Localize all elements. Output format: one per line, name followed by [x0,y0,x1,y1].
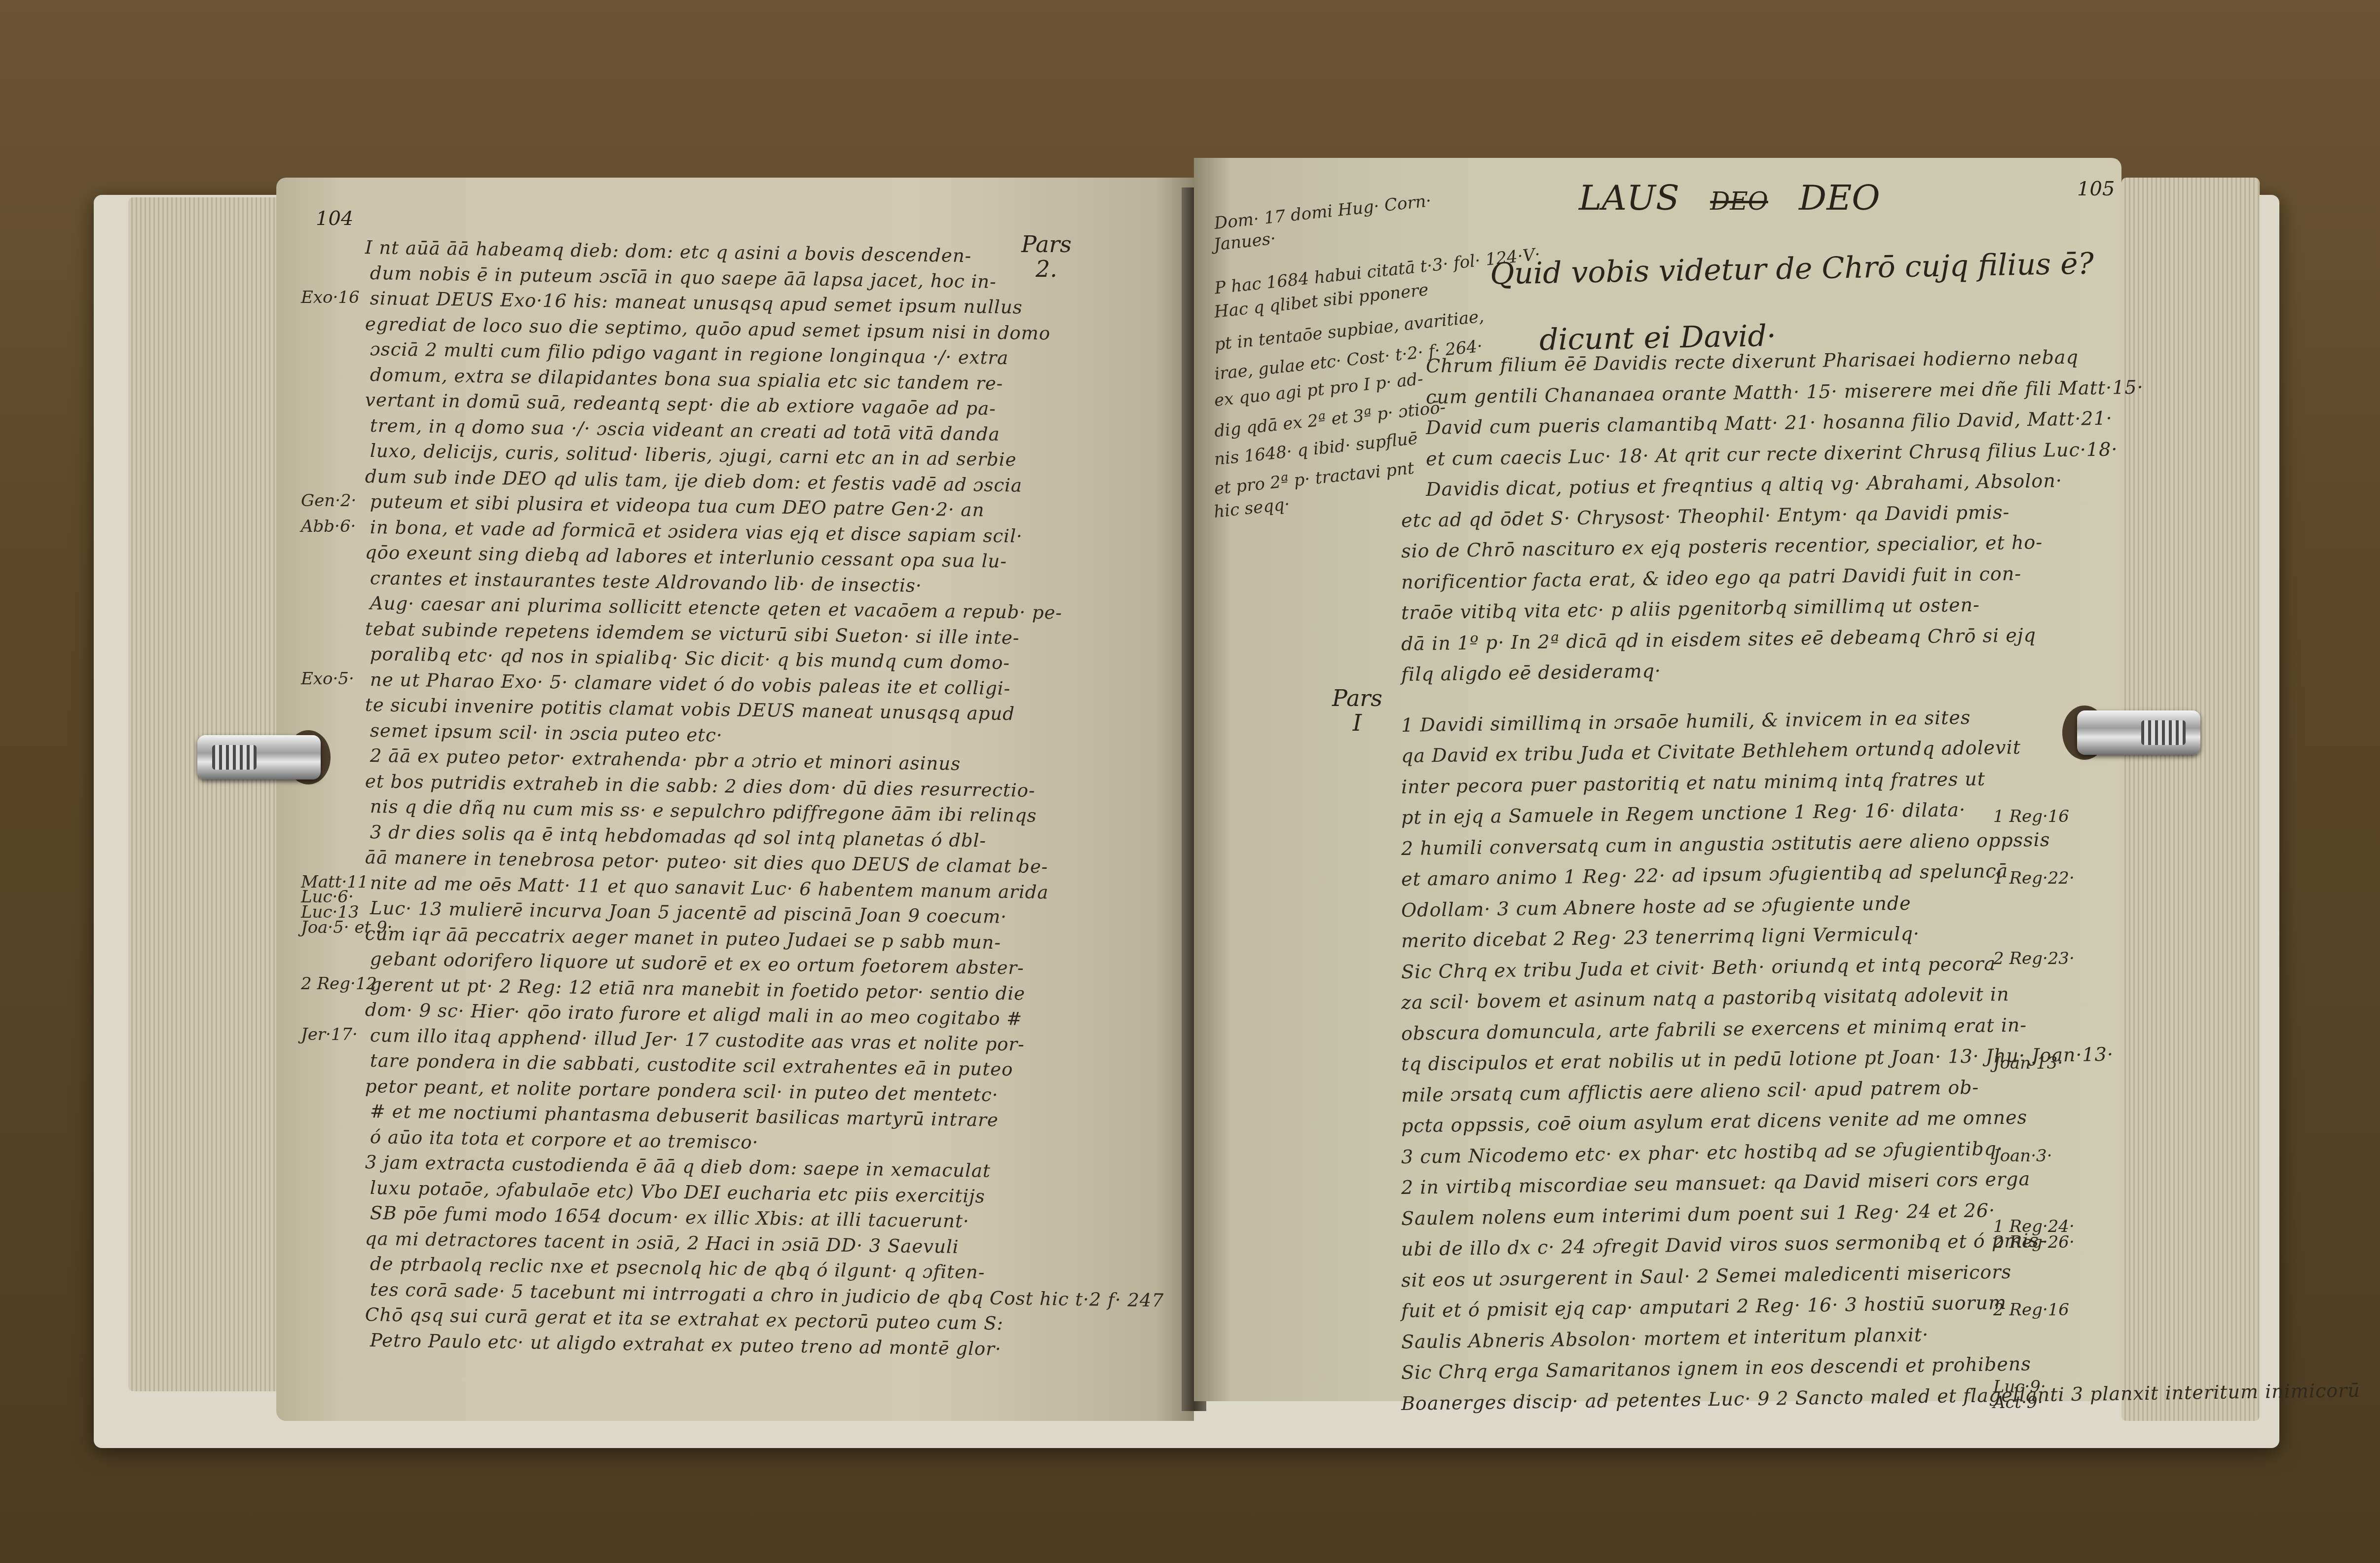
manuscript-line: trem, in q domo sua ·/· ɔscia videant an… [370,415,1000,445]
margin-reference: 2 Reg·16 [1993,1300,2069,1320]
clip-ridges [212,745,257,770]
margin-reference: Joan·13· [1993,1053,2063,1073]
manuscript-line: crantes et instaurantes teste Aldrovando… [370,567,922,596]
manuscript-line: ó aūo ita tota et corpore et ao tremisco… [370,1126,759,1153]
sermon-title-line-1: Quid vobis videtur de Chrō cujq filius ē… [1489,246,2094,291]
manuscript-line: cum iqr āā peccatrix aeger manet in pute… [365,923,1001,953]
manuscript-line: Chrum filium ēē Davidis recte dixerunt P… [1426,346,2079,377]
manuscript-line: āā manere in tenebrosa petor· puteo· sit… [365,847,1048,877]
manuscript-line: Aug· caesar ani plurima sollicitt etenct… [370,593,1063,624]
manuscript-line: dum sub inde DEO qd ulis tam, ije dieb d… [365,466,1023,496]
manuscript-line: domum, extra se dilapidantes bona sua sp… [370,364,1004,394]
left-book-clip[interactable] [178,725,340,789]
manuscript-line: in bona, et vade ad formicā et ɔsidera v… [370,517,1023,547]
manuscript-line: de ptrbaolq reclic nxe et psecnolq hic d… [370,1253,985,1283]
pars-number: I [1332,710,1382,735]
margin-reference: Joan·3· [1993,1146,2052,1166]
manuscript-line: poralibq etc· qd nos in spialibq· Sic di… [370,643,1010,673]
laus-deo-heading: LAUS DEO DEO [1579,178,1880,218]
manuscript-line: 3 cum Nicodemo etc· ex phar· etc hostibq… [1401,1137,2004,1167]
margin-reference: 2 Reg·26· [1993,1232,2075,1252]
manuscript-line: Saulem nolens eum interimi dum poent sui… [1401,1199,1996,1229]
manuscript-line: Odollam· 3 cum Abnere hoste ad se ɔfugie… [1401,892,1911,921]
left-page: 104 Pars 2. I nt aūā āā habeamq dieb: do… [276,178,1194,1421]
manuscript-line: cum illo itaq apphend· illud Jer· 17 cus… [370,1025,1025,1055]
manuscript-line: merito dicebat 2 Reg· 23 tenerrimq ligni… [1401,923,1920,952]
manuscript-line: sinuat DEUS Exo·16 his: maneat unusqsq a… [370,288,1023,318]
manuscript-line: te sicubi invenire potitis clamat vobis … [365,694,1015,724]
manuscript-line: pcta oppssis, coē oium asylum erat dicen… [1401,1106,2028,1137]
manuscript-line: egrediat de loco suo die septimo, quōo a… [365,313,1051,344]
manuscript-line: Saulis Abneris Absolon· mortem et interi… [1401,1324,1929,1353]
manuscript-line: semet ipsum scil· in ɔscia puteo etc· [370,720,723,746]
manuscript-line: I nt aūā āā habeamq dieb: dom: etc q asi… [365,237,972,266]
pars-number: 2. [1021,257,1072,281]
heading-struck-word: DEO [1710,187,1768,216]
manuscript-line: Chō qsq sui curā gerat et ita se extraha… [365,1304,1004,1334]
manuscript-line: za scil· bovem et asinum natq a pastorib… [1401,983,2009,1013]
right-page-number: 105 [2077,178,2115,200]
manuscript-line: fuit et ó pmisit ejq cap· amputari 2 Reg… [1401,1292,2007,1322]
manuscript-line: qōo exeunt sing diebq ad labores et inte… [365,542,1007,572]
heading-deo: DEO [1799,178,1880,218]
side-note-line: hic seqq· [1213,494,1291,522]
margin-reference: Act·9· [1993,1393,2043,1413]
manuscript-line: 2 humili conversatq cum in angustia ɔsti… [1401,828,2050,859]
manuscript-line: SB pōe fumi modo 1654 docum· ex illic Xb… [370,1202,969,1232]
manuscript-line: 1 Davidi simillimq in ɔrsaōe humili, & i… [1401,706,1971,736]
margin-reference: 2 Reg·23· [1993,949,2075,968]
manuscript-line: sit eos ut ɔsurgerent in Saul· 2 Semei m… [1401,1261,2012,1291]
clip-ridges [2141,720,2186,745]
manuscript-line: # et me noctiumi phantasma debuserit bas… [370,1101,999,1131]
left-pars-marker: Pars 2. [1021,232,1072,281]
manuscript-line: dum nobis ē in puteum ɔscīā in quo saepe… [370,262,997,293]
side-note-line: Dom· 17 domi Hug· Corn· [1213,191,1432,233]
manuscript-line: et bos putridis extraheb in die sabb: 2 … [365,771,1036,801]
manuscript-line: puteum et sibi plusira et videopa tua cu… [370,491,985,521]
manuscript-line: petor peant, et nolite portare pondera s… [365,1076,999,1106]
manuscript-line: tare pondera in die sabbati, custodite s… [370,1050,1013,1080]
manuscript-line: 3 dr dies solis qa ē intq hebdomadas qd … [370,821,987,851]
heading-laus: LAUS [1579,178,1679,218]
manuscript-line: 2 āā ex puteo petor· extrahenda· pbr a ɔ… [370,745,961,775]
manuscript-line: Davidis dicat, potius et freqntius q alt… [1426,470,2062,500]
manuscript-line: mile ɔrsatq cum afflictis aere alieno sc… [1401,1076,1979,1106]
manuscript-line: qa mi detractores tacent in ɔsiā, 2 Haci… [365,1228,959,1258]
manuscript-line: nite ad me oēs Matt· 11 et quo sanavit L… [370,872,1049,903]
manuscript-line: etc ad qd ōdet S· Chrysost· Theophil· En… [1401,501,2010,531]
manuscript-line: nis q die dñq nu cum mis ss· e sepulchro… [370,796,1037,826]
manuscript-line: ɔsciā 2 multi cum filio pdigo vagant in … [370,338,1009,369]
right-pars-marker: Pars I [1332,686,1382,735]
margin-reference: Gen·2· [301,491,356,511]
manuscript-line: gebant odorifero liquore ut sudorē et ex… [370,948,1024,979]
manuscript-line: 2 in virtibq miscordiae seu mansuet: qa … [1401,1168,2031,1198]
right-book-clip[interactable] [2057,701,2220,765]
manuscript-line: Luc· 13 mulierē incurva Joan 5 jacentē a… [370,897,1007,928]
margin-reference: Joa·5· et 9· [301,918,392,937]
manuscript-line: pt in ejq a Samuele in Regem unctione 1 … [1401,799,1966,828]
manuscript-line: Petro Paulo etc· ut aligdo extrahat ex p… [370,1330,1002,1360]
manuscript-line: filq aligdo eē desideramq· [1401,660,1662,685]
manuscript-line: vertant in domū suā, redeantq sept· die … [365,389,996,419]
manuscript-line: cum gentili Chananaea orante Matth· 15· … [1426,376,2144,408]
manuscript-line: obscura domuncula, arte fabrili se exerc… [1401,1014,2027,1044]
manuscript-line: Sic Chrq ex tribu Juda et civit· Beth· o… [1401,953,1996,983]
manuscript-line: et cum caecis Luc· 18· At qrit cur recte… [1426,438,2118,470]
manuscript-line: dā in 1º p· In 2ª dicā qd in eisdem site… [1401,624,2037,655]
manuscript-line: ne ut Pharao Exo· 5· clamare videt ó do … [370,669,1011,699]
manuscript-line: tebat subinde repetens idemdem se victur… [365,618,1020,649]
manuscript-line: et amaro animo 1 Reg· 22· ad ipsum ɔfugi… [1401,860,2008,890]
pars-label: Pars [1021,232,1072,257]
manuscript-line: ubi de illo dx c· 24 ɔfregit David viros… [1401,1229,2046,1260]
manuscript-line: inter pecora puer pastoritiq et natu min… [1401,768,1986,798]
manuscript-line: dom· 9 sc· Hier· qōo irato furore et ali… [365,999,1023,1030]
pars-label: Pars [1332,686,1382,710]
right-page: 105 LAUS DEO DEO Quid vobis videtur de C… [1194,158,2121,1401]
margin-reference: 1 Reg·16 [1993,807,2069,826]
manuscript-line: sio de Chrō nascituro ex ejq posteris re… [1401,531,2043,562]
manuscript-line: luxu potaōe, ɔfabulaōe etc) Vbo DEI euch… [370,1177,985,1207]
manuscript-line: 3 jam extracta custodienda ē āā q dieb d… [365,1152,991,1182]
margin-reference: 2 Reg·12· [301,974,382,994]
manuscript-line: gerent ut pt· 2 Reg: 12 etiā nra manebit… [370,974,1026,1005]
manuscript-line: traōe vitibq vita etc· p aliis pgenitorb… [1401,594,1980,624]
margin-reference: 1 Reg·22· [1993,868,2075,888]
margin-reference: Jer·17· [301,1025,358,1044]
manuscript-line: norificentior facta erat, & ideo ego qa … [1401,562,2022,593]
manuscript-line: Sic Chrq erga Samaritanos ignem in eos d… [1401,1353,2031,1383]
margin-reference: Exo·5· [301,669,354,689]
right-page-stack [2121,178,2260,1421]
manuscript-line: luxo, delicijs, curis, solitud· liberis,… [370,440,1017,470]
margin-reference: Exo·16 [301,288,360,307]
manuscript-line: qa David ex tribu Juda et Civitate Bethl… [1401,736,2021,767]
manuscript-line: David cum pueris clamantibq Matt· 21· ho… [1426,408,2113,439]
left-page-stack [128,197,291,1391]
left-page-number: 104 [316,207,353,230]
margin-reference: Abb·6· [301,517,356,536]
